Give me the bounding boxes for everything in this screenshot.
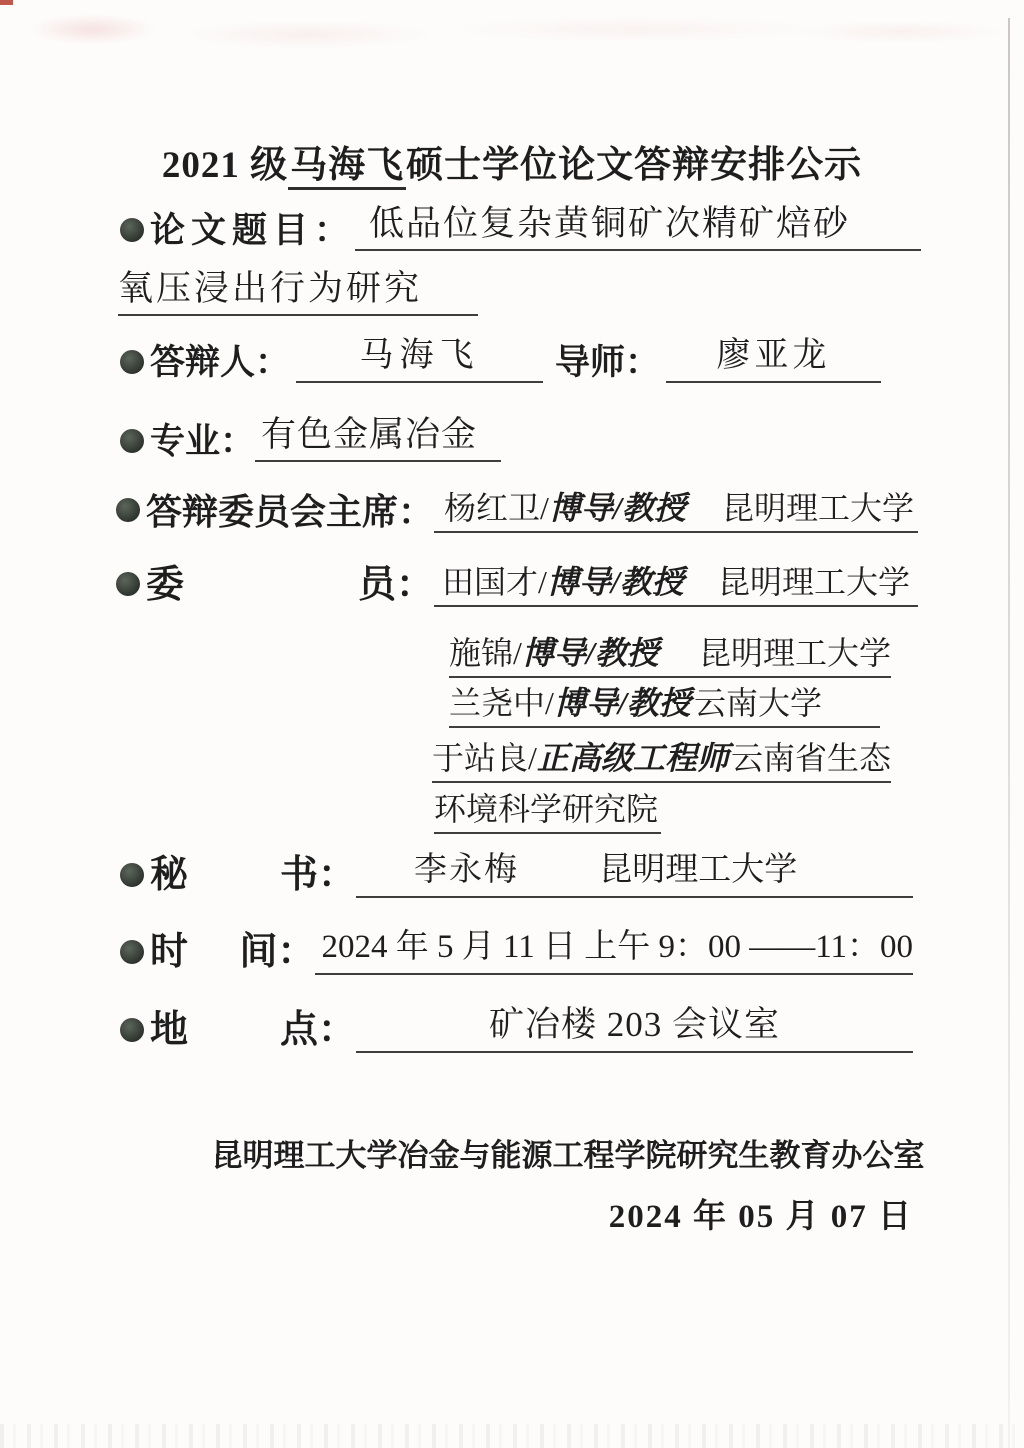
committee-member-entry: 于站良/正高级工程师 云南省生态 (432, 739, 891, 783)
bullet-icon (120, 1018, 144, 1042)
committee-members-label-char2: 员： (358, 564, 434, 608)
footer-issuer: 昆明理工大学冶金与能源工程学院研究生教育办公室 (0, 1130, 1024, 1175)
secretary-label-char2: 书： (280, 854, 356, 898)
page-title-underlined-name: 马海飞 (288, 145, 406, 190)
member-name: 施锦/ (449, 635, 522, 671)
bullet-icon (116, 572, 140, 596)
page-title-prefix: 2021 级 (162, 145, 288, 186)
member-name: 于站良/ (432, 740, 537, 776)
scan-corner-mark (0, 0, 13, 5)
thesis-title-value-line1: 低品位复杂黄铜矿次精矿焙砂 (355, 203, 921, 251)
member-name-credential: 于站良/正高级工程师 (432, 739, 729, 777)
bullet-icon (120, 940, 144, 964)
supervisor-value: 廖亚龙 (666, 336, 881, 383)
place-label: 地 点： (150, 1009, 356, 1053)
time-label-char1: 时 (150, 931, 188, 975)
place-label-char2: 点： (280, 1009, 356, 1053)
page-title: 2021 级马海飞硕士学位论文答辩安排公示 (0, 134, 1024, 188)
member-affiliation: 云南大学 (694, 684, 822, 722)
member-name-credential: 田国才/博导/教授 (442, 563, 684, 601)
member-affiliation-continuation: 环境科学研究院 (434, 790, 661, 834)
secretary-label-char1: 秘 (150, 854, 188, 898)
member-credential: 博导/教授 (522, 635, 659, 671)
secretary-row: 秘 书： 李永梅 昆明理工大学 (120, 851, 913, 898)
secretary-label: 秘 书： (150, 854, 356, 898)
bullet-icon (120, 218, 144, 242)
defender-row: 答辩人： 马海飞 导师： 廖亚龙 (120, 336, 881, 383)
committee-members-label-char1: 委 (146, 564, 184, 608)
member-affiliation: 昆明理工大学 (718, 563, 910, 601)
member-affiliation: 云南省生态 (731, 739, 891, 777)
committee-chair-label: 答辩委员会主席： (146, 491, 434, 533)
secretary-name: 李永梅 (414, 852, 519, 888)
scan-right-edge-line (1008, 18, 1010, 1448)
time-value: 2024 年 5 月 11 日 上午 9：00 ——11：00 (315, 928, 913, 975)
supervisor-label: 导师： (555, 342, 660, 383)
bullet-icon (120, 863, 144, 887)
committee-chair-name: 杨红卫/ (444, 490, 549, 526)
footer-date: 2024 年 05 月 07 日 (0, 1190, 913, 1237)
place-row: 地 点： 矿冶楼 203 会议室 (120, 1004, 913, 1053)
member-name: 田国才/ (442, 564, 547, 600)
member-name: 兰尧中/ (449, 685, 554, 721)
member-credential: 博导/教授 (547, 564, 684, 600)
defender-label: 答辩人： (150, 342, 290, 383)
secretary-value: 李永梅 昆明理工大学 (356, 851, 913, 898)
member-credential: 博导/教授 (554, 685, 691, 721)
time-row: 时 间： 2024 年 5 月 11 日 上午 9：00 ——11：00 (120, 928, 913, 975)
committee-chair-affiliation: 昆明理工大学 (722, 489, 914, 527)
place-value: 矿冶楼 203 会议室 (356, 1004, 913, 1053)
major-value: 有色金属冶金 (255, 414, 501, 462)
committee-members-label: 委 员： (146, 564, 434, 608)
scan-bottom-noise (0, 1424, 1024, 1448)
defender-value: 马海飞 (296, 336, 543, 383)
thesis-title-row-continuation: 氧压浸出行为研究 (118, 268, 478, 316)
time-label-char2: 间： (239, 931, 315, 975)
committee-chair-name-credential: 杨红卫/博导/教授 (444, 489, 686, 527)
secretary-affiliation: 昆明理工大学 (599, 852, 797, 888)
committee-chair-credential: 博导/教授 (549, 490, 686, 526)
bullet-icon (120, 350, 144, 374)
place-label-char1: 地 (150, 1009, 188, 1053)
thesis-title-row: 论文题目： 低品位复杂黄铜矿次精矿焙砂 (120, 203, 921, 251)
member-affiliation: 昆明理工大学 (699, 634, 891, 672)
committee-members-row: 委 员： 田国才/博导/教授 昆明理工大学 (116, 563, 918, 607)
committee-member-entry: 田国才/博导/教授 昆明理工大学 (434, 563, 918, 607)
committee-chair-value: 杨红卫/博导/教授 昆明理工大学 (434, 489, 918, 533)
committee-chair-row: 答辩委员会主席： 杨红卫/博导/教授 昆明理工大学 (116, 489, 918, 533)
thesis-title-label: 论文题目： (150, 210, 355, 251)
bullet-icon (120, 429, 144, 453)
committee-member-entry: 兰尧中/博导/教授 云南大学 (449, 684, 880, 728)
scan-top-noise (0, 6, 1024, 58)
committee-member-entry: 施锦/博导/教授 昆明理工大学 (449, 634, 891, 678)
member-affiliation: 环境科学研究院 (434, 790, 658, 828)
member-name-credential: 兰尧中/博导/教授 (449, 684, 691, 722)
time-label: 时 间： (150, 931, 315, 975)
bullet-icon (116, 498, 140, 522)
page-title-suffix: 硕士学位论文答辩安排公示 (406, 145, 862, 186)
thesis-title-value-line2: 氧压浸出行为研究 (118, 268, 478, 316)
major-label: 专业： (150, 421, 255, 462)
scanned-notice-page: 2021 级马海飞硕士学位论文答辩安排公示 论文题目： 低品位复杂黄铜矿次精矿焙… (0, 0, 1024, 1448)
major-row: 专业： 有色金属冶金 (120, 414, 501, 462)
member-credential: 正高级工程师 (537, 740, 729, 776)
member-name-credential: 施锦/博导/教授 (449, 634, 659, 672)
